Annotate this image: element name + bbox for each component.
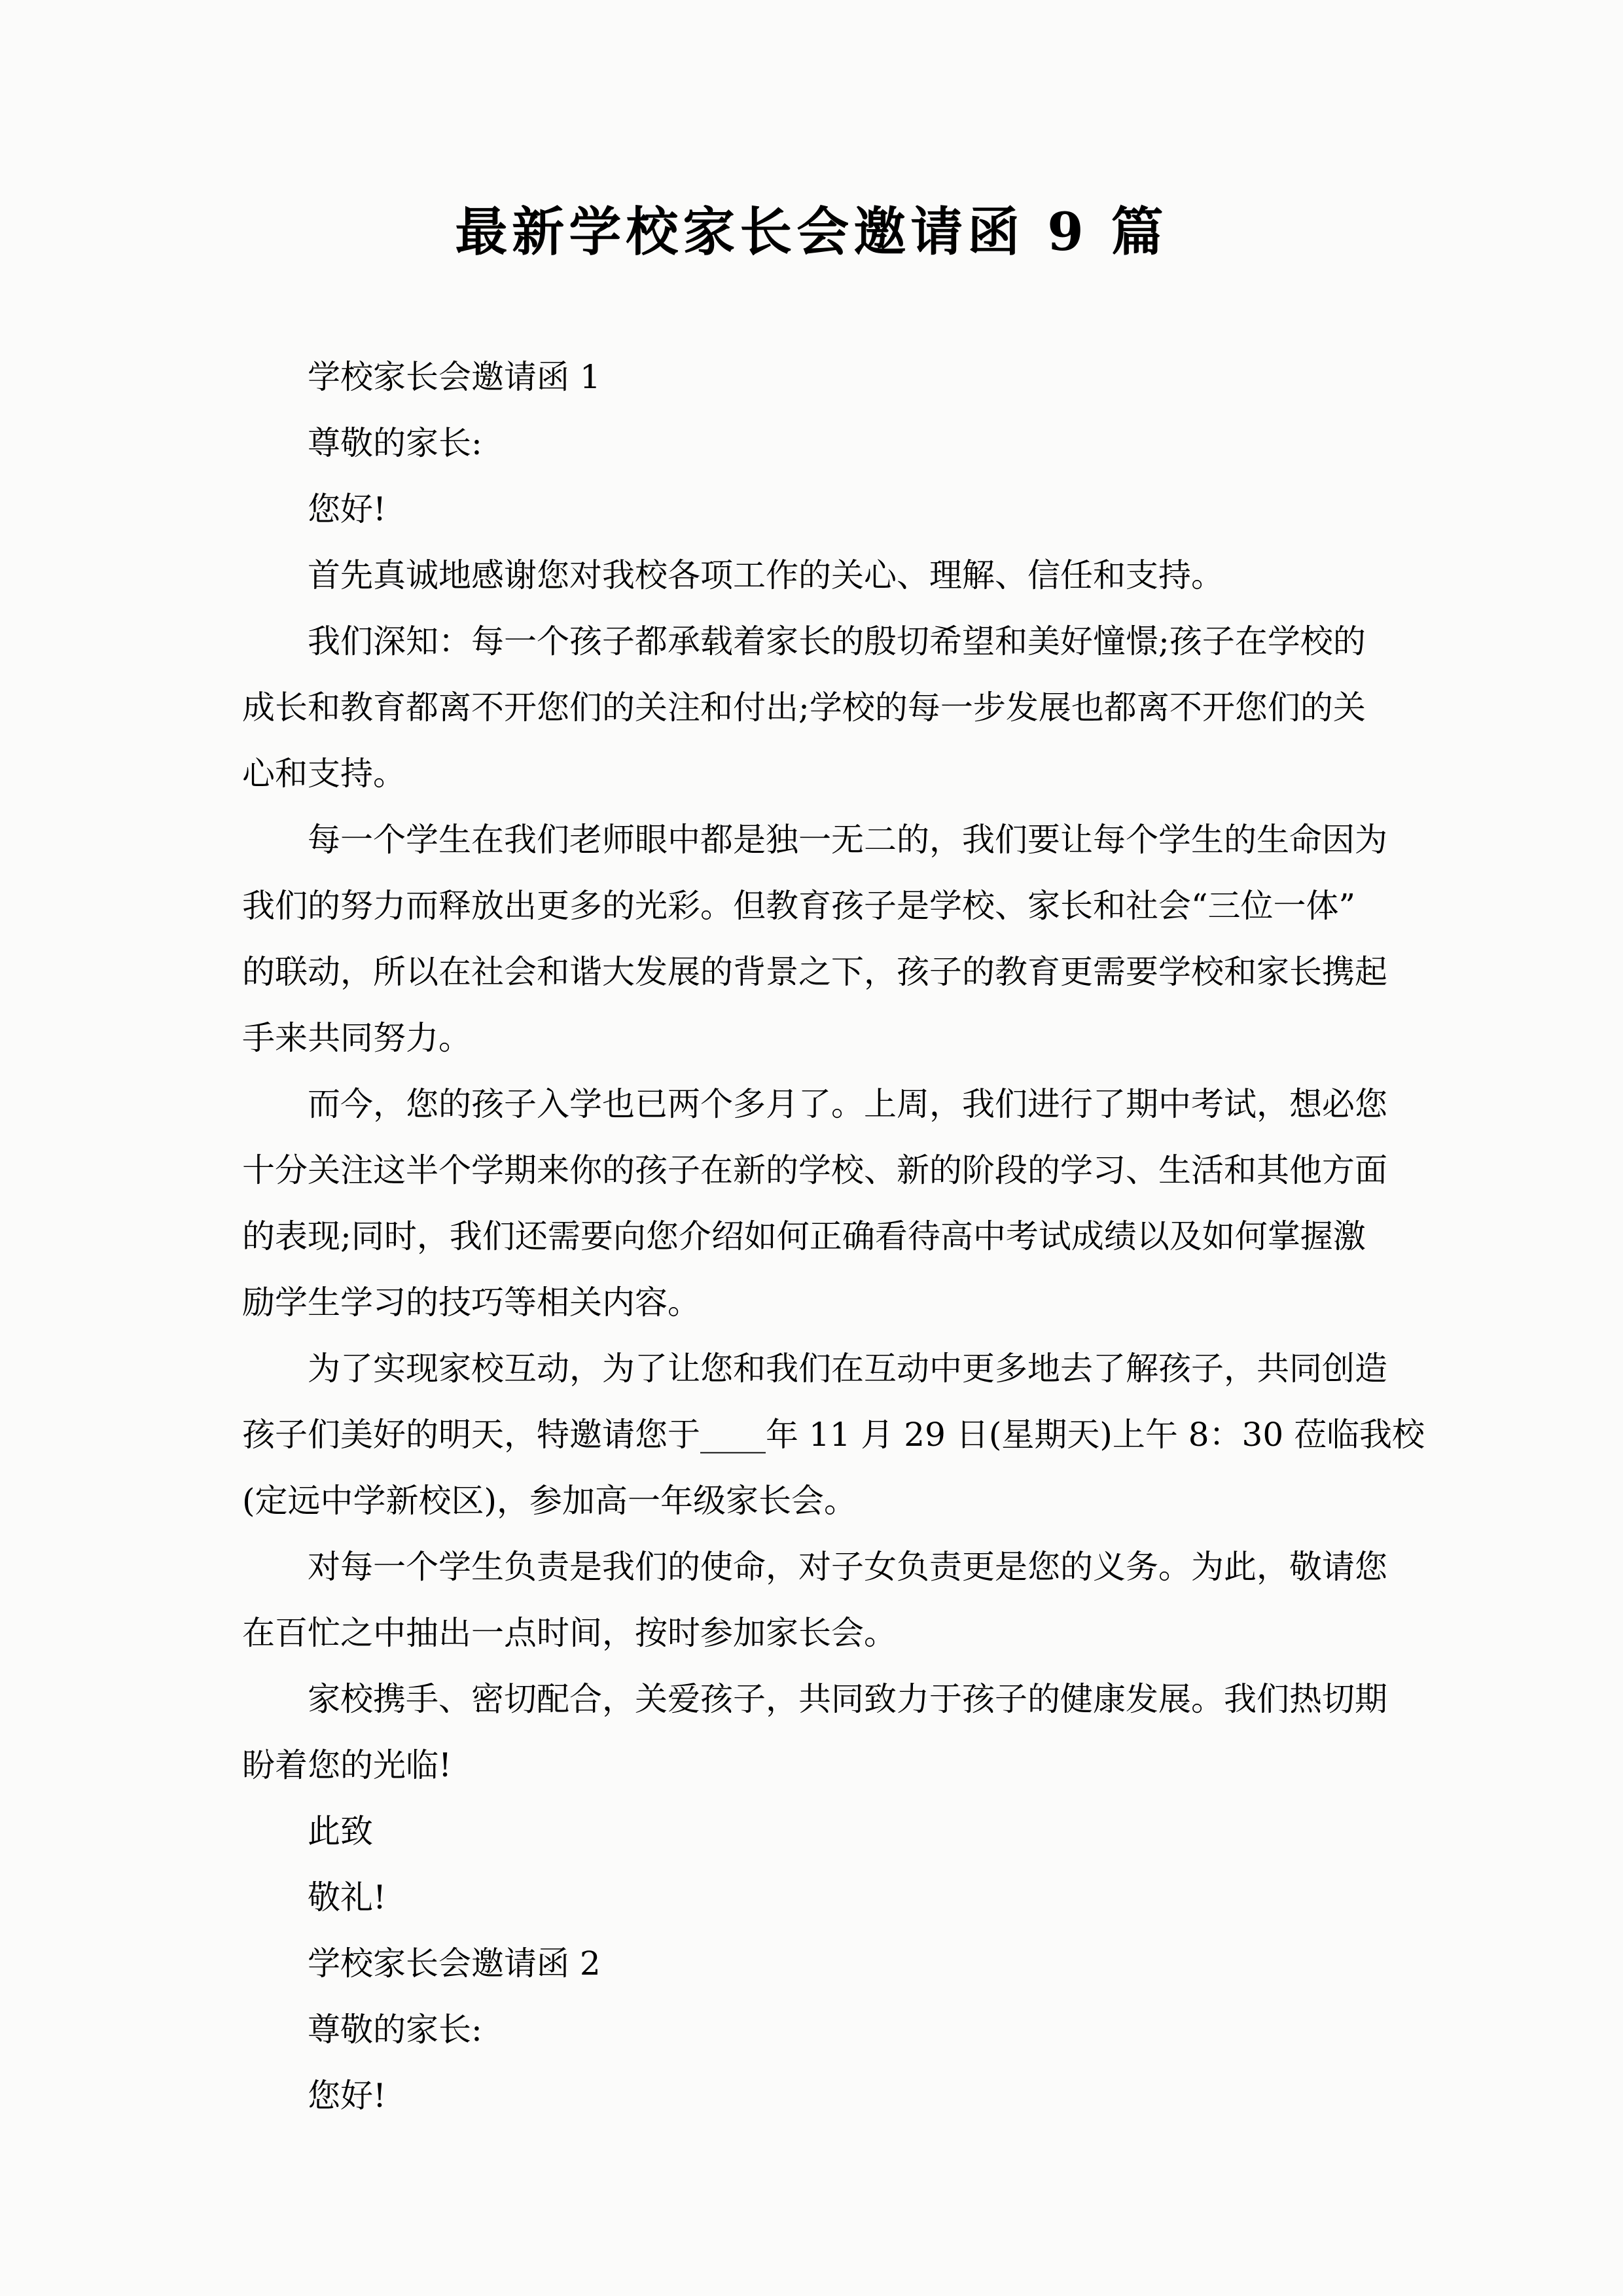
text-line: 学校家长会邀请函 2	[242, 1931, 1381, 1997]
text-line: 为了实现家校互动，为了让您和我们在互动中更多地去了解孩子，共同创造	[242, 1336, 1381, 1402]
text-line: 您好!	[242, 2063, 1381, 2129]
text-line: 学校家长会邀请函 1	[242, 344, 1381, 410]
text-line: 十分关注这半个学期来你的孩子在新的学校、新的阶段的学习、生活和其他方面	[242, 1138, 1381, 1204]
text-line: 的表现;同时，我们还需要向您介绍如何正确看待高中考试成绩以及如何掌握激	[242, 1204, 1381, 1270]
text-line: 成长和教育都离不开您们的关注和付出;学校的每一步发展也都离不开您们的关	[242, 675, 1381, 741]
text-line: 敬礼!	[242, 1865, 1381, 1931]
text-line: 尊敬的家长:	[242, 1997, 1381, 2063]
document-page: 最新学校家长会邀请函 9 篇 学校家长会邀请函 1尊敬的家长:您好!首先真诚地感…	[0, 0, 1623, 2296]
text-line: 的联动，所以在社会和谐大发展的背景之下，孩子的教育更需要学校和家长携起	[242, 939, 1381, 1005]
text-line: 我们的努力而释放出更多的光彩。但教育孩子是学校、家长和社会“三位一体”	[242, 873, 1381, 939]
text-line: 励学生学习的技巧等相关内容。	[242, 1270, 1381, 1336]
text-line: 在百忙之中抽出一点时间，按时参加家长会。	[242, 1600, 1381, 1666]
text-line: 家校携手、密切配合，关爱孩子，共同致力于孩子的健康发展。我们热切期	[242, 1666, 1381, 1732]
text-line: 此致	[242, 1799, 1381, 1865]
text-line: 您好!	[242, 476, 1381, 543]
text-line: 盼着您的光临!	[242, 1732, 1381, 1799]
document-title: 最新学校家长会邀请函 9 篇	[0, 199, 1623, 264]
text-line: (定远中学新校区)，参加高一年级家长会。	[242, 1468, 1381, 1534]
document-body: 学校家长会邀请函 1尊敬的家长:您好!首先真诚地感谢您对我校各项工作的关心、理解…	[242, 344, 1381, 2129]
text-line: 心和支持。	[242, 741, 1381, 807]
text-line: 每一个学生在我们老师眼中都是独一无二的，我们要让每个学生的生命因为	[242, 807, 1381, 873]
text-line: 首先真诚地感谢您对我校各项工作的关心、理解、信任和支持。	[242, 543, 1381, 609]
text-line: 对每一个学生负责是我们的使命，对子女负责更是您的义务。为此，敬请您	[242, 1534, 1381, 1600]
text-line: 尊敬的家长:	[242, 410, 1381, 476]
text-line: 手来共同努力。	[242, 1005, 1381, 1071]
text-line: 孩子们美好的明天，特邀请您于____年 11 月 29 日(星期天)上午 8：3…	[242, 1402, 1381, 1468]
text-line: 我们深知：每一个孩子都承载着家长的殷切希望和美好憧憬;孩子在学校的	[242, 609, 1381, 675]
text-line: 而今，您的孩子入学也已两个多月了。上周，我们进行了期中考试，想必您	[242, 1071, 1381, 1138]
